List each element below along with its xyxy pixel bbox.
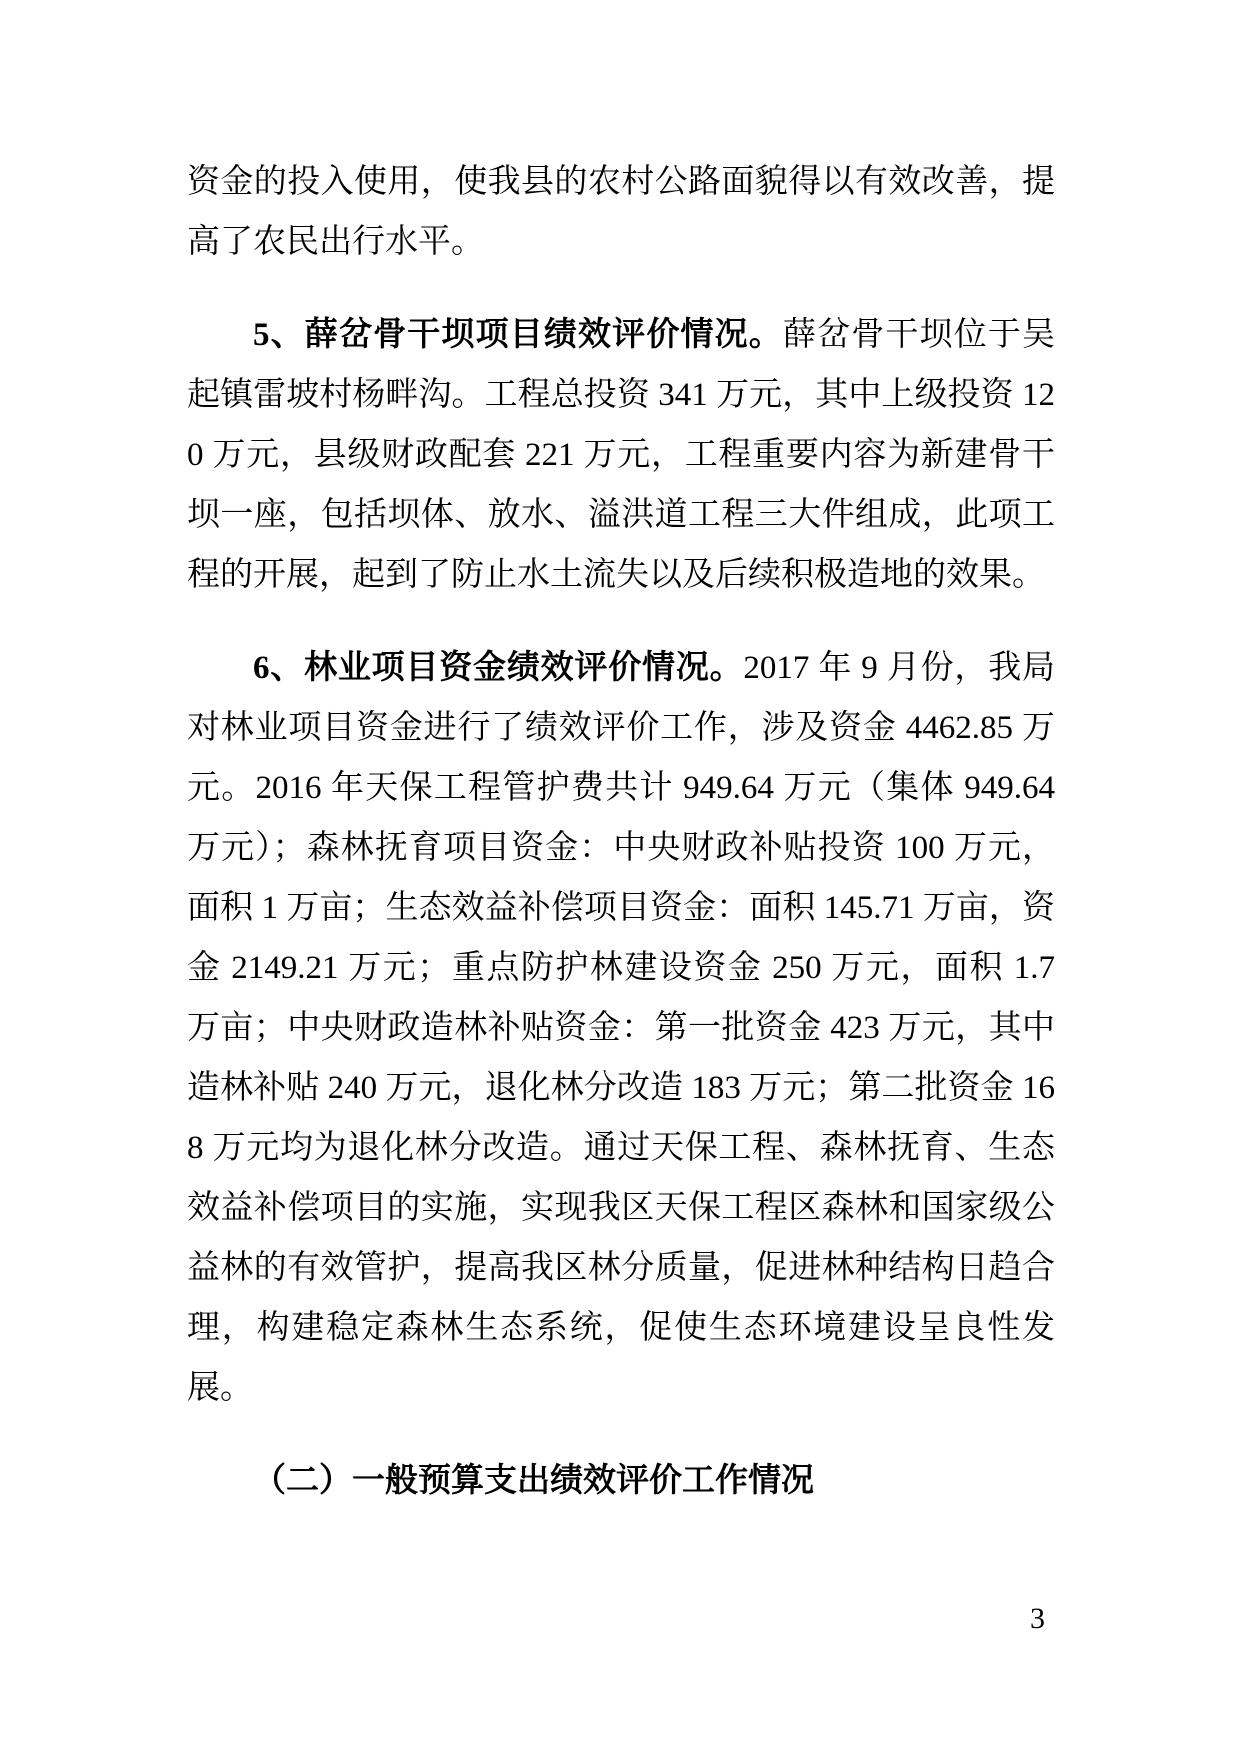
document-body: 资金的投入使用，使我县的农村公路面貌得以有效改善，提高了农民出行水平。5、薛岔骨… — [187, 152, 1055, 1544]
text-run: 5、薛岔骨干坝项目绩效评价情况。 — [253, 317, 783, 353]
text-run: 2017 年 9 月份，我局对林业项目资金进行了绩效评价工作，涉及资金 4462… — [187, 650, 1055, 1406]
text-run: （二）一般预算支出绩效评价工作情况 — [253, 1463, 814, 1499]
paragraph: 资金的投入使用，使我县的农村公路面貌得以有效改善，提高了农民出行水平。 — [187, 152, 1055, 272]
text-run: 薛岔骨干坝位于吴起镇雷坡村杨畔沟。工程总投资 341 万元，其中上级投资 120… — [187, 317, 1055, 593]
text-run: 6、林业项目资金绩效评价情况。 — [253, 650, 743, 686]
paragraph: 5、薛岔骨干坝项目绩效评价情况。薛岔骨干坝位于吴起镇雷坡村杨畔沟。工程总投资 3… — [187, 305, 1055, 605]
section-heading: （二）一般预算支出绩效评价工作情况 — [187, 1451, 1055, 1511]
document-page: 资金的投入使用，使我县的农村公路面貌得以有效改善，提高了农民出行水平。5、薛岔骨… — [0, 0, 1241, 1754]
paragraph: 6、林业项目资金绩效评价情况。2017 年 9 月份，我局对林业项目资金进行了绩… — [187, 638, 1055, 1418]
page-number: 3 — [1030, 1600, 1045, 1638]
text-run: 资金的投入使用，使我县的农村公路面貌得以有效改善，提高了农民出行水平。 — [187, 164, 1055, 260]
